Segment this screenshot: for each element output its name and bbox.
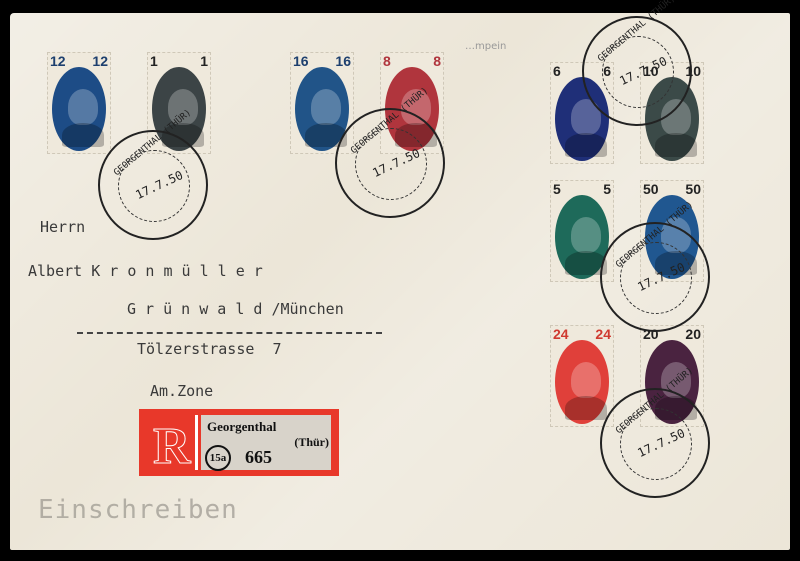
stamp-24: 24 24 (550, 325, 614, 427)
stamp-portrait-oval (555, 340, 609, 424)
stamp-12: 12 12 (47, 52, 111, 154)
portrait-face (68, 89, 98, 125)
stamp-value: 50 (643, 181, 659, 197)
stamp-value: 12 (50, 53, 66, 69)
registration-number: 665 (245, 447, 272, 468)
registration-office-code: 15a (205, 445, 231, 471)
portrait-face (571, 217, 601, 253)
stamp-value: 16 (293, 53, 309, 69)
address-city: G r ü n w a l d /München (127, 300, 344, 318)
postmark-date: 17.7.50 (370, 146, 422, 180)
address-street: Tölzerstrasse 7 (137, 340, 282, 358)
registration-info: Georgenthal (Thür) 15a 665 (201, 415, 331, 470)
address-zone: Am.Zone (150, 382, 213, 400)
stamp-portrait-oval (52, 67, 106, 151)
stamp-value: 5 (603, 181, 611, 197)
postmark: GEORGENTHAL (THÜR) 17.7.50 (600, 222, 710, 332)
portrait-body (565, 396, 607, 420)
portrait-body (62, 123, 104, 147)
stamp-value: 24 (595, 326, 611, 342)
stamp-value: 1 (200, 53, 208, 69)
portrait-face (571, 362, 601, 398)
postmark-date: 17.7.50 (617, 54, 669, 88)
registration-label: R Georgenthal (Thür) 15a 665 (139, 409, 339, 476)
registration-letter: R (153, 417, 191, 476)
address-underline (77, 332, 382, 334)
einschreiben-handstamp: Einschreiben (38, 495, 238, 525)
stamp-value: 5 (553, 181, 561, 197)
postmark: GEORGENTHAL (THÜR) 17.7.50 (98, 130, 208, 240)
postmark-date: 17.7.50 (133, 168, 185, 202)
postmark-town: GEORGENTHAL (THÜR) (596, 0, 677, 64)
stamp-value: 24 (553, 326, 569, 342)
portrait-body (565, 133, 607, 157)
postmark: GEORGENTHAL (THÜR) 17.7.50 (335, 108, 445, 218)
stamp-value: 8 (383, 53, 391, 69)
portrait-body (655, 133, 697, 157)
stamp-value: 16 (335, 53, 351, 69)
stamp-value: 6 (553, 63, 561, 79)
postmark: GEORGENTHAL (THÜR) 17.7.50 (582, 16, 692, 126)
stamp-value: 1 (150, 53, 158, 69)
registration-r-box: R (145, 415, 198, 470)
stamp-value: 50 (685, 181, 701, 197)
portrait-face (311, 89, 341, 125)
postmark: GEORGENTHAL (THÜR) 17.7.50 (600, 388, 710, 498)
postmark-date: 17.7.50 (635, 260, 687, 294)
stamp-value: 20 (685, 326, 701, 342)
registration-state: (Thür) (294, 435, 329, 450)
registration-town: Georgenthal (207, 419, 276, 435)
address-name: Albert K r o n m ü l l e r (28, 262, 263, 280)
stamp-value: 12 (92, 53, 108, 69)
stamp-value: 8 (433, 53, 441, 69)
address-salutation: Herrn (40, 218, 85, 236)
postmark-date: 17.7.50 (635, 426, 687, 460)
faint-printed-text: …mpein (465, 41, 506, 52)
